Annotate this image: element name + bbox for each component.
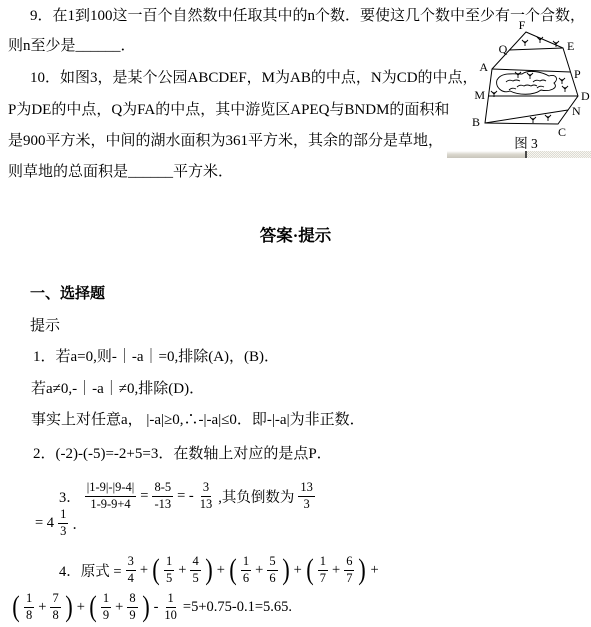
segment-BN	[485, 110, 568, 123]
hint-2-line: 2．(-2)-(-5)=-2+5=3．在数轴上对应的是点P．	[33, 444, 332, 464]
vertex-label-n: N	[572, 104, 581, 118]
problem-10-line-3: 是900平方米，中间的湖水面积为361平方米，其余的部分是草地，	[8, 131, 443, 151]
vertex-label-p: P	[574, 67, 581, 81]
hint-3-formula-line-1: 3．|1-9|-|9-4|1-9-9+4=8-5-13= -313,其负倒数为1…	[57, 477, 317, 515]
vertex-label-b: B	[472, 115, 480, 129]
document-page: { "problems": { "q9": { "line1": "9．在1到1…	[0, 0, 591, 627]
vertex-label-e: E	[567, 39, 574, 53]
problem-9-line-2: 则n至少是______．	[8, 36, 136, 56]
segment-QE	[509, 48, 563, 50]
park-figure: F E Q A P M D B N C 图 3	[445, 18, 591, 152]
problem-10-line-4: 则草地的总面积是______平方米．	[8, 162, 233, 182]
hint-label: 提示	[30, 316, 60, 336]
hint-1-line-3: 事实上对任意a， |-a|≥0,∴-|-a|≤0．即-|-a|为非正数．	[31, 410, 365, 430]
vertex-label-d: D	[581, 89, 590, 103]
problem-10-line-1: 10．如图3，是某个公园ABCDEF，M为AB的中点，N为CD的中点，	[30, 68, 478, 88]
vertex-label-a: A	[479, 60, 488, 74]
vertex-label-q: Q	[499, 42, 508, 56]
hint-1-line-2: 若a≠0,-｜-a｜≠0,排除(D)．	[31, 379, 204, 399]
answers-heading: 答案·提示	[0, 222, 591, 246]
hint-1-line-1: 1．若a=0,则-｜-a｜=0,排除(A)，(B)．	[33, 347, 279, 367]
lake-shape	[497, 71, 557, 94]
vertex-label-c: C	[558, 125, 566, 139]
scrollbar-thumb[interactable]	[447, 151, 527, 158]
vertex-label-f: F	[519, 18, 526, 32]
section-title-choice: 一、选择题	[30, 284, 105, 304]
hint-4-formula-line-1: 4．原式 =34+(15+45)+(16+56)+(17+67)+	[57, 551, 381, 589]
vertex-label-m: M	[474, 88, 485, 102]
hint-3-formula-line-2: = 413．	[33, 506, 89, 540]
figure-caption: 图 3	[514, 136, 538, 151]
hint-4-formula-line-2: (18+78)+(19+89)-110=5+0.75-0.1=5.65.	[10, 588, 294, 626]
horizontal-scrollbar[interactable]	[447, 151, 591, 158]
problem-10-line-2: P为DE的中点，Q为FA的中点，其中游览区APEQ与BNDM的面积和	[8, 100, 449, 120]
park-figure-svg: F E Q A P M D B N C 图 3	[445, 18, 591, 152]
